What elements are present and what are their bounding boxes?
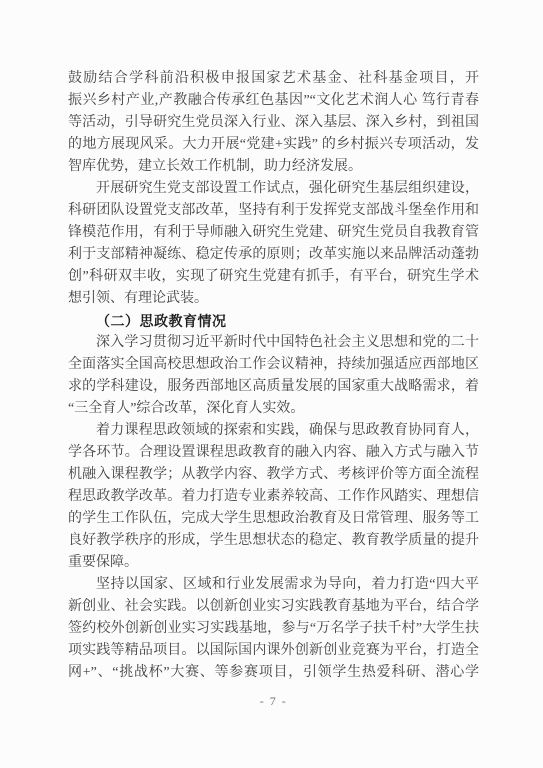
page-number: - 7 - [68, 694, 479, 708]
text-line: 锋模范作用，有利于导师融入研究生党建、研究生党员自我教育管理，有 [68, 222, 479, 244]
text-line: 坚持以国家、区域和行业发展需求为导向，着力打造“四大平台”支撑创 [68, 574, 479, 596]
text-line: 网+”、“挑战杯”大赛、等参赛项目，引领学生热爱科研、潜心学术、创新 [68, 662, 479, 684]
text-line: 机融入课程教学；从教学内容、教学方式、考核评价等方面全流程推进课 [68, 464, 479, 486]
document-page: 鼓励结合学科前沿积极申报国家艺术基金、社科基金项目，开展“艺术设计振兴乡村产业,… [0, 0, 543, 768]
text-line: 创”科研双丰收，实现了研究生党建有抓手，有平台，研究生学术科研有思 [68, 266, 479, 288]
text-line: 鼓励结合学科前沿积极申报国家艺术基金、社科基金项目，开展“艺术设计 [68, 68, 479, 90]
text-line: 智库优势，建立长效工作机制，助力经济发展。 [68, 156, 479, 178]
text-line: 科研团队设置党支部改革，坚持有利于发挥党支部战斗堡垒作用和党员先 [68, 200, 479, 222]
text-line: 振兴乡村产业,产教融合传承红色基因”“文化艺术润人心 笃行青春铸精魂” [68, 90, 479, 112]
text-line: 的学生工作队伍，完成大学生思想政治教育及日常管理、服务等工作，为 [68, 508, 479, 530]
text-line: 良好教学秩序的形成，学生思想状态的稳定、教育教学质量的提升提供了 [68, 530, 479, 552]
text-line: 开展研究生党支部设置工作试点，强化研究生基层组织建设，以导师 [68, 178, 479, 200]
text-line: 重要保障。 [68, 552, 479, 574]
text-line: 的地方展现风采。大力开展“党建+实践” 的乡村振兴专项活动，发挥学科 [68, 134, 479, 156]
text-line: 签约校外创新创业实习实践基地，参与“万名学子扶千村”大学生扶贫攻坚专 [68, 618, 479, 640]
text-line: 项实践等精品项目。以国际国内课外创新创业竞赛为平台，打造全国“互联 [68, 640, 479, 662]
text-line: 求的学科建设，服务西部地区高质量发展的国家重大战略需求，着力推进 [68, 376, 479, 398]
text-line: 程思政教学改革。着力打造专业素养较高、工作作风踏实、理想信念坚定 [68, 486, 479, 508]
text-line: 新创业、社会实践。以创新创业实习实践教育基地为平台，结合学科优势， [68, 596, 479, 618]
text-line: 深入学习贯彻习近平新时代中国特色社会主义思想和党的二十大精神， [68, 332, 479, 354]
document-body: 鼓励结合学科前沿积极申报国家艺术基金、社科基金项目，开展“艺术设计振兴乡村产业,… [68, 68, 479, 684]
text-line: 全面落实全国高校思想政治工作会议精神，持续加强适应西部地区发展需 [68, 354, 479, 376]
text-line: 等活动，引导研究生党员深入行业、深入基层、深入乡村，到祖国最需要 [68, 112, 479, 134]
text-line: 想引领、有理论武装。 [68, 288, 479, 310]
text-line: 利于支部精神凝练、稳定传承的原则；改革实施以来品牌活动蓬勃开展，“双 [68, 244, 479, 266]
text-line: 学各环节。合理设置课程思政教育的融入内容、融入方式与融入节点，有 [68, 442, 479, 464]
section-heading: （二）思政教育情况 [68, 310, 479, 332]
text-line: 着力课程思政领域的探索和实践，确保与思政教育协同育人，融入教 [68, 420, 479, 442]
text-line: “三全育人”综合改革，深化育人实效。 [68, 398, 479, 420]
